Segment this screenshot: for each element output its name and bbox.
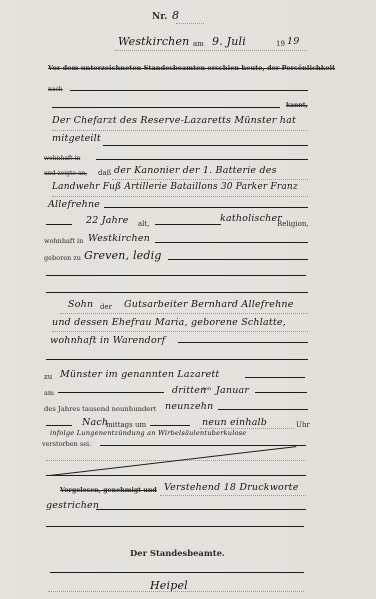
- signature-title: Der Standesbeamte.: [130, 548, 225, 558]
- rule: [178, 342, 308, 343]
- document-page: Nr. 8 Westkirchen am 9. Juli 19 19 Vor d…: [0, 0, 376, 599]
- age-value: 22 Jahre: [86, 215, 128, 226]
- rule: [103, 145, 308, 146]
- rule: [52, 107, 280, 108]
- place-value: Westkirchen: [118, 35, 189, 48]
- dots: [52, 331, 308, 332]
- rule: [46, 475, 306, 476]
- am2-label: am: [44, 389, 54, 397]
- dass-label: daß: [98, 169, 111, 177]
- rule: [46, 224, 72, 225]
- religion-label: Religion,: [277, 220, 309, 228]
- nr-dots: [176, 23, 204, 24]
- parents-father: Gutsarbeiter Bernhard Allefrehne: [124, 299, 294, 310]
- closing-line-2: gestrichen: [46, 500, 99, 511]
- birthplace-value: Greven, ledig: [84, 249, 162, 262]
- rule: [46, 292, 308, 293]
- rule: [46, 359, 308, 360]
- struck-wohnhaft: wohnhaft in: [44, 155, 80, 162]
- year-label: des Jahres tausend neunhundert: [44, 405, 156, 413]
- time-prefix-value: Nach: [82, 417, 108, 428]
- rule: [58, 392, 164, 393]
- rule: [46, 526, 304, 527]
- year-prefix: 19: [276, 40, 285, 48]
- informant-line-2: mitgeteilt: [52, 133, 101, 144]
- rule: [96, 509, 306, 510]
- cancel-diagonal-stroke: [50, 446, 296, 476]
- rule: [218, 409, 308, 410]
- deceased-line-2: Landwehr Fuß Artillerie Bataillons 30 Pa…: [52, 182, 298, 192]
- parents-son: Sohn: [68, 299, 93, 310]
- deceased-line-3: Allefrehne: [48, 199, 100, 210]
- dots: [48, 591, 304, 592]
- rule: [168, 259, 308, 260]
- death-year-value: neunzehn: [165, 401, 213, 412]
- dots: [60, 313, 308, 314]
- religion-value: katholischer: [220, 213, 282, 224]
- death-place-value: Münster im genannten Lazarett: [60, 369, 219, 380]
- rule: [245, 377, 305, 378]
- rule: [155, 224, 221, 225]
- struck-intro-text: Vor dem unterzeichneten Standesbeamten e…: [48, 64, 335, 72]
- dots: [112, 179, 308, 180]
- rule: [96, 159, 308, 160]
- death-day-value: dritten: [172, 385, 206, 396]
- dots: [52, 196, 308, 197]
- date-value: 9. Juli: [212, 35, 246, 48]
- rule: [104, 207, 308, 208]
- place-date-dots: [115, 50, 307, 51]
- rule: [46, 275, 306, 276]
- rule: [255, 392, 307, 393]
- rule: [46, 425, 72, 426]
- parents-der: der: [100, 303, 112, 311]
- residence-value: Westkirchen: [88, 233, 150, 244]
- cause-value: infolge Lungenentzündung an Wirbelsäulen…: [50, 429, 246, 437]
- dots: [160, 495, 306, 496]
- nr-value: 8: [172, 9, 179, 22]
- wohnhaft-label: wohnhaft in: [44, 237, 83, 245]
- year-suffix: 19: [287, 36, 300, 47]
- uhr-label: Uhr: [296, 421, 310, 429]
- struck-nach: nach: [48, 86, 63, 93]
- rule: [100, 445, 306, 446]
- closing-line-1: Verstehend 18 Druckworte: [164, 482, 299, 493]
- mittags-label: mittags um: [106, 421, 146, 429]
- verstorben-label: verstorben sei.: [42, 440, 91, 448]
- parents-residence: wohnhaft in Warendorf: [50, 335, 165, 346]
- struck-kannt: kannt,: [286, 102, 308, 109]
- dots: [52, 130, 308, 131]
- age-label: alt,: [138, 220, 149, 228]
- rule: [70, 90, 308, 91]
- time-value: neun einhalb: [202, 417, 267, 428]
- am-label: am: [193, 40, 204, 48]
- deceased-line-1: der Kanonier der 1. Batterie des: [114, 165, 277, 176]
- ten-label: ten: [203, 386, 211, 392]
- rule: [50, 572, 304, 573]
- parents-mother: und dessen Ehefrau Maria, geborene Schla…: [52, 317, 286, 328]
- struck-und-zeigte: und zeigte an,: [44, 170, 87, 177]
- nr-label: Nr.: [152, 12, 167, 22]
- struck-vorgelesen: Vorgelesen, genehmigt und: [60, 487, 157, 494]
- zu-label: zu: [44, 373, 52, 381]
- geboren-label: geboren zu: [44, 254, 81, 262]
- informant-line-1: Der Chefarzt des Reserve-Lazaretts Münst…: [52, 115, 296, 126]
- rule: [155, 242, 308, 243]
- death-month-value: Januar: [216, 385, 249, 396]
- rule: [150, 425, 190, 426]
